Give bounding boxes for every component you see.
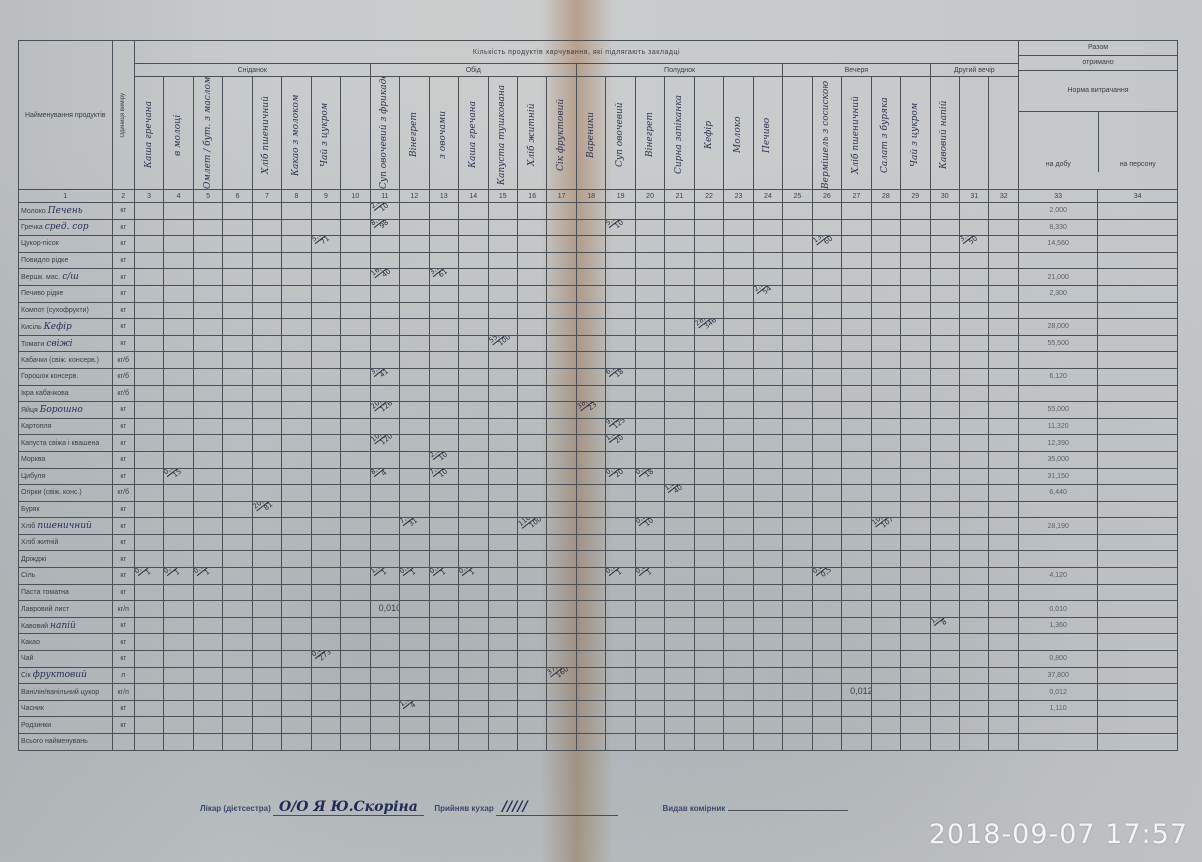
- quantity-cell: [252, 684, 281, 701]
- handwritten-quantity: 16,50040: [370, 269, 398, 284]
- dish-name: Суп овочевий з фрикадельками: [379, 81, 390, 189]
- quantity-cell: [842, 468, 871, 485]
- quantity-cell: [694, 368, 723, 385]
- total-per-day: [1019, 501, 1098, 518]
- quantity-cell: [223, 335, 252, 352]
- handwritten-quantity: 6,20018: [606, 368, 630, 382]
- quantity-cell: [341, 651, 370, 668]
- quantity-cell: [753, 219, 782, 236]
- product-printed-name: Молоко: [21, 208, 46, 215]
- quantity-cell: [193, 684, 222, 701]
- quantity-cell: [989, 518, 1019, 535]
- quantity-cell: [134, 617, 163, 634]
- product-name: Хліб житній: [19, 534, 113, 551]
- quantity-cell: [488, 551, 517, 568]
- quantity-cell: [459, 418, 488, 435]
- quantity-cell: [547, 551, 576, 568]
- quantity-cell: [400, 302, 429, 319]
- quantity-cell: [193, 451, 222, 468]
- column-number: 16: [517, 190, 546, 203]
- quantity-cell: [606, 269, 635, 286]
- total-per-person: [1098, 651, 1178, 668]
- quantity-cell: [223, 634, 252, 651]
- column-number: 2: [112, 190, 134, 203]
- dish-header: Вермішель з сосискою: [812, 77, 841, 190]
- quantity-cell: [989, 617, 1019, 634]
- handwritten-quantity: 9,210125: [606, 418, 630, 432]
- column-number: 1: [19, 190, 113, 203]
- quantity-cell: 5,30010: [606, 219, 635, 236]
- quantity-cell: 0,012: [842, 684, 871, 701]
- quantity-cell: [341, 667, 370, 684]
- quantity-cell: [665, 319, 694, 336]
- product-unit: кг: [112, 700, 134, 717]
- quantity-cell: [724, 501, 753, 518]
- quantity-cell: [517, 285, 546, 302]
- dish-header: [783, 77, 812, 190]
- doctor-label: Лікар (дієтсестра): [200, 804, 271, 813]
- dish-header: Кавовий напій: [930, 77, 959, 190]
- product-row: Сількг0,40010,40010,30011,10510,56010,56…: [19, 568, 1178, 585]
- total-per-day: 31,150: [1019, 468, 1098, 485]
- quantity-cell: [311, 485, 340, 502]
- quantity-cell: [694, 285, 723, 302]
- column-number: 14: [459, 190, 488, 203]
- quantity-cell: [193, 468, 222, 485]
- dish-header: Каша гречана: [459, 77, 488, 190]
- quantity-cell: [812, 651, 841, 668]
- handwritten-quantity: 0,3001: [193, 568, 217, 582]
- meal-group-2: Полуднок: [576, 64, 782, 77]
- quantity-portions: 1: [409, 568, 417, 577]
- column-number: 13: [429, 190, 458, 203]
- quantity-cell: [341, 219, 370, 236]
- quantity-cell: [665, 667, 694, 684]
- quantity-cell: [311, 451, 340, 468]
- quantity-cell: [282, 252, 311, 269]
- quantity-cell: [694, 518, 723, 535]
- quantity-cell: [459, 518, 488, 535]
- quantity-cell: [164, 667, 193, 684]
- quantity-cell: [311, 584, 340, 601]
- quantity-cell: [753, 203, 782, 220]
- quantity-cell: [341, 252, 370, 269]
- quantity-cell: 0,5601: [400, 568, 429, 585]
- handwritten-quantity: 0,8000,5: [812, 568, 836, 582]
- product-unit: кг: [112, 418, 134, 435]
- handwritten-quantity: 1,1104: [400, 700, 424, 714]
- handwritten-quantity: 2,30054: [753, 285, 777, 299]
- product-unit: кг: [112, 634, 134, 651]
- column-number: 25: [783, 190, 812, 203]
- product-name: Чай: [19, 651, 113, 668]
- product-printed-name: Кисіль: [21, 324, 42, 331]
- quantity-cell: [252, 601, 281, 618]
- handwritten-quantity: 2,00010: [370, 203, 394, 217]
- quantity-cell: [370, 700, 399, 717]
- quantity-cell: [724, 534, 753, 551]
- quantity-cell: 7,78031: [400, 518, 429, 535]
- quantity-cell: [400, 534, 429, 551]
- quantity-cell: [783, 651, 812, 668]
- total-per-day: [1019, 584, 1098, 601]
- quantity-cell: [282, 285, 311, 302]
- quantity-cell: [842, 451, 871, 468]
- quantity-cell: [547, 617, 576, 634]
- quantity-cell: [930, 402, 959, 419]
- quantity-cell: [488, 568, 517, 585]
- quantity-cell: [488, 584, 517, 601]
- quantity-cell: [576, 352, 605, 369]
- quantity-cell: [341, 485, 370, 502]
- product-row: Печиво рідкекг2,300542,300: [19, 285, 1178, 302]
- handwritten-quantity: 8,9604: [370, 468, 394, 482]
- quantity-cell: [252, 385, 281, 402]
- product-row: Картоплякг9,21012511,320: [19, 418, 1178, 435]
- dish-name: Чай з цукром: [910, 81, 921, 189]
- quantity-cell: [812, 269, 841, 286]
- quantity-cell: [459, 219, 488, 236]
- quantity-cell: [223, 385, 252, 402]
- quantity-cell: [517, 335, 546, 352]
- dish-name: Вінегрет: [645, 81, 656, 189]
- quantity-cell: [429, 734, 458, 751]
- quantity-cell: [606, 700, 635, 717]
- quantity-cell: [635, 402, 664, 419]
- quantity-cell: [901, 236, 930, 253]
- handwritten-value: 0,012: [850, 686, 871, 696]
- quantity-cell: [724, 435, 753, 452]
- quantity-cell: [606, 451, 635, 468]
- total-per-person: [1098, 584, 1178, 601]
- total-per-person: [1098, 352, 1178, 369]
- product-name: МолокоПечень: [19, 203, 113, 220]
- quantity-cell: [134, 236, 163, 253]
- quantity-cell: [724, 568, 753, 585]
- quantity-cell: [223, 269, 252, 286]
- quantity-cell: [164, 236, 193, 253]
- column-number: 34: [1098, 190, 1178, 203]
- quantity-cell: [960, 252, 989, 269]
- quantity-cell: [547, 203, 576, 220]
- quantity-cell: [134, 601, 163, 618]
- quantity-cell: [871, 203, 900, 220]
- total-per-day: [1019, 302, 1098, 319]
- quantity-cell: [842, 352, 871, 369]
- quantity-cell: [193, 203, 222, 220]
- product-row: Цибулякг0,300158,96047,730100,720200,360…: [19, 468, 1178, 485]
- quantity-portions: 8: [939, 618, 947, 627]
- quantity-cell: [842, 302, 871, 319]
- quantity-cell: [429, 302, 458, 319]
- quantity-cell: [871, 402, 900, 419]
- quantity-cell: [724, 651, 753, 668]
- quantity-cell: [665, 684, 694, 701]
- handwritten-quantity: 0,25010: [635, 518, 659, 532]
- product-unit: кг: [112, 236, 134, 253]
- total-per-person: [1098, 236, 1178, 253]
- quantity-cell: [812, 302, 841, 319]
- quantity-cell: [341, 236, 370, 253]
- quantity-cell: [282, 368, 311, 385]
- quantity-cell: [606, 485, 635, 502]
- product-unit: кг: [112, 617, 134, 634]
- column-number: 19: [606, 190, 635, 203]
- quantity-cell: [311, 717, 340, 734]
- total-per-day: [1019, 534, 1098, 551]
- quantity-cell: [134, 352, 163, 369]
- quantity-cell: 0,72020: [606, 468, 635, 485]
- handwritten-quantity: 10,000120: [370, 435, 398, 450]
- quantity-cell: [635, 601, 664, 618]
- quantity-cell: [989, 269, 1019, 286]
- quantity-portions: 54: [761, 285, 773, 296]
- quantity-cell: 20,50081: [252, 501, 281, 518]
- product-row: Родзинкикг: [19, 717, 1178, 734]
- quantity-cell: [576, 684, 605, 701]
- handwritten-quantity: 3,15750: [960, 236, 984, 250]
- handwritten-quantity: 13,50060: [812, 236, 840, 251]
- product-row: Часниккг1,11041,110: [19, 700, 1178, 717]
- quantity-cell: [635, 584, 664, 601]
- quantity-cell: [606, 501, 635, 518]
- total-per-person: [1098, 485, 1178, 502]
- quantity-cell: [429, 717, 458, 734]
- handwritten-quantity: 0,5001: [459, 568, 483, 582]
- dish-name: Вермішель з сосискою: [821, 81, 832, 189]
- quantity-cell: [341, 534, 370, 551]
- quantity-cell: [223, 402, 252, 419]
- product-name: Кавовийнапій: [19, 617, 113, 634]
- quantity-cell: [665, 352, 694, 369]
- dish-name: Каша гречана: [144, 81, 155, 189]
- product-printed-name: Цукор-пісок: [21, 240, 59, 247]
- quantity-cell: [193, 501, 222, 518]
- quantity-cell: [193, 667, 222, 684]
- quantity-cell: [341, 418, 370, 435]
- quantity-cell: [488, 734, 517, 751]
- quantity-cell: [842, 634, 871, 651]
- quantity-cell: [753, 352, 782, 369]
- product-name: Компот (сухофрукти): [19, 302, 113, 319]
- form-title: Кількість продуктів харчування, які підл…: [134, 41, 1018, 64]
- quantity-cell: [606, 352, 635, 369]
- quantity-cell: [753, 568, 782, 585]
- quantity-cell: [753, 468, 782, 485]
- handwritten-quantity: 0,8501: [635, 568, 659, 582]
- dish-name: в молоці: [173, 81, 184, 189]
- product-name: Вершк. мас.с/ш: [19, 269, 113, 286]
- quantity-cell: [164, 402, 193, 419]
- quantity-cell: [547, 534, 576, 551]
- quantity-cell: [252, 734, 281, 751]
- quantity-cell: [164, 269, 193, 286]
- quantity-cell: [282, 601, 311, 618]
- total-per-person: [1098, 302, 1178, 319]
- quantity-cell: [812, 518, 841, 535]
- quantity-cell: [901, 319, 930, 336]
- dish-header: Омлет / бут. з маслом: [193, 77, 222, 190]
- quantity-cell: [223, 518, 252, 535]
- unit-header: Одиниця виміру: [112, 41, 134, 190]
- quantity-cell: [665, 534, 694, 551]
- handwritten-quantity: 20,50081: [252, 501, 280, 516]
- quantity-portions: 1: [439, 568, 447, 577]
- quantity-cell: [164, 335, 193, 352]
- quantity-cell: [842, 667, 871, 684]
- per-person-header: на персону: [1099, 112, 1177, 172]
- quantity-cell: [960, 302, 989, 319]
- quantity-cell: [252, 252, 281, 269]
- quantity-cell: [517, 269, 546, 286]
- quantity-cell: [223, 734, 252, 751]
- quantity-cell: [311, 219, 340, 236]
- quantity-cell: [724, 203, 753, 220]
- quantity-cell: [400, 319, 429, 336]
- quantity-cell: [901, 302, 930, 319]
- quantity-cell: [459, 385, 488, 402]
- quantity-cell: [429, 402, 458, 419]
- quantity-cell: [311, 269, 340, 286]
- unit-header-label: Одиниця виміру: [120, 93, 126, 138]
- quantity-cell: [960, 584, 989, 601]
- total-per-day: 0,800: [1019, 651, 1098, 668]
- handwritten-quantity: 5,11871: [311, 236, 335, 250]
- product-row: Хлібпшеничнийкг7,78031110,5001000,250101…: [19, 518, 1178, 535]
- quantity-cell: [547, 601, 576, 618]
- quantity-cell: [694, 451, 723, 468]
- quantity-cell: [753, 368, 782, 385]
- quantity-cell: [429, 700, 458, 717]
- quantity-cell: 7,73010: [429, 468, 458, 485]
- product-row: МолокоПеченькг2,000102,000: [19, 203, 1178, 220]
- product-printed-name: Чай: [21, 655, 33, 662]
- quantity-cell: [665, 451, 694, 468]
- handwritten-quantity: 28,000346: [694, 319, 722, 334]
- quantity-cell: [193, 551, 222, 568]
- quantity-cell: [871, 734, 900, 751]
- total-per-person: [1098, 634, 1178, 651]
- quantity-cell: [871, 617, 900, 634]
- product-name: Капуста свіжа і квашена: [19, 435, 113, 452]
- column-number: 7: [252, 190, 281, 203]
- quantity-cell: 3,15750: [960, 236, 989, 253]
- quantity-cell: [311, 518, 340, 535]
- quantity-cell: 10,000120: [370, 435, 399, 452]
- quantity-cell: [576, 601, 605, 618]
- quantity-cell: [576, 534, 605, 551]
- quantity-cell: [606, 684, 635, 701]
- quantity-cell: [311, 601, 340, 618]
- quantity-cell: [547, 368, 576, 385]
- cook-label: Прийняв кухар: [434, 804, 493, 813]
- quantity-cell: [989, 700, 1019, 717]
- quantity-portions: 41: [378, 368, 390, 379]
- quantity-cell: [665, 651, 694, 668]
- quantity-cell: [694, 418, 723, 435]
- product-unit: кг/п: [112, 601, 134, 618]
- product-name: Цибуля: [19, 468, 113, 485]
- quantity-cell: [282, 451, 311, 468]
- quantity-cell: [635, 319, 664, 336]
- quantity-portions: 1: [203, 568, 211, 577]
- quantity-cell: [134, 435, 163, 452]
- quantity-cell: [901, 402, 930, 419]
- quantity-cell: [989, 684, 1019, 701]
- quantity-cell: [635, 684, 664, 701]
- quantity-cell: [134, 684, 163, 701]
- quantity-cell: [665, 418, 694, 435]
- quantity-cell: [488, 468, 517, 485]
- quantity-cell: [901, 534, 930, 551]
- product-row: Повидло рідкекг: [19, 252, 1178, 269]
- quantity-cell: [370, 236, 399, 253]
- quantity-cell: [783, 534, 812, 551]
- quantity-cell: [753, 684, 782, 701]
- quantity-cell: [459, 501, 488, 518]
- column-number: 26: [812, 190, 841, 203]
- quantity-cell: [783, 734, 812, 751]
- quantity-cell: [459, 302, 488, 319]
- dish-header: Чай з цукром: [901, 77, 930, 190]
- quantity-cell: [223, 584, 252, 601]
- quantity-cell: [724, 335, 753, 352]
- quantity-cell: [193, 335, 222, 352]
- quantity-cell: [901, 518, 930, 535]
- quantity-cell: [517, 501, 546, 518]
- total-per-day: 37,800: [1019, 667, 1098, 684]
- product-row: Вершк. мас.с/шкг16,500403,9006121,000: [19, 269, 1178, 286]
- quantity-cell: [223, 203, 252, 220]
- quantity-cell: [812, 418, 841, 435]
- quantity-cell: [635, 385, 664, 402]
- quantity-cell: [311, 368, 340, 385]
- quantity-cell: [370, 302, 399, 319]
- quantity-cell: [783, 302, 812, 319]
- quantity-cell: [842, 252, 871, 269]
- quantity-cell: [989, 651, 1019, 668]
- product-unit: кг/б: [112, 485, 134, 502]
- product-name: КисільКефір: [19, 319, 113, 336]
- total-per-person: [1098, 285, 1178, 302]
- quantity-cell: [576, 319, 605, 336]
- quantity-cell: [134, 667, 163, 684]
- quantity-cell: [252, 518, 281, 535]
- quantity-cell: [871, 335, 900, 352]
- product-handwritten-name: напій: [50, 621, 76, 631]
- quantity-cell: [400, 651, 429, 668]
- quantity-cell: [282, 269, 311, 286]
- quantity-cell: [193, 385, 222, 402]
- quantity-cell: [989, 435, 1019, 452]
- quantity-cell: [459, 435, 488, 452]
- quantity-cell: [989, 219, 1019, 236]
- quantity-cell: [517, 368, 546, 385]
- quantity-cell: [134, 368, 163, 385]
- quantity-cell: [517, 717, 546, 734]
- quantity-cell: [134, 551, 163, 568]
- quantity-cell: [164, 319, 193, 336]
- quantity-cell: [901, 634, 930, 651]
- quantity-cell: [134, 269, 163, 286]
- quantity-cell: [901, 501, 930, 518]
- quantity-cell: [223, 252, 252, 269]
- dish-header: з овочами: [429, 77, 458, 190]
- product-name: Дріжджі: [19, 551, 113, 568]
- quantity-cell: [282, 468, 311, 485]
- quantity-cell: [724, 451, 753, 468]
- quantity-cell: [753, 551, 782, 568]
